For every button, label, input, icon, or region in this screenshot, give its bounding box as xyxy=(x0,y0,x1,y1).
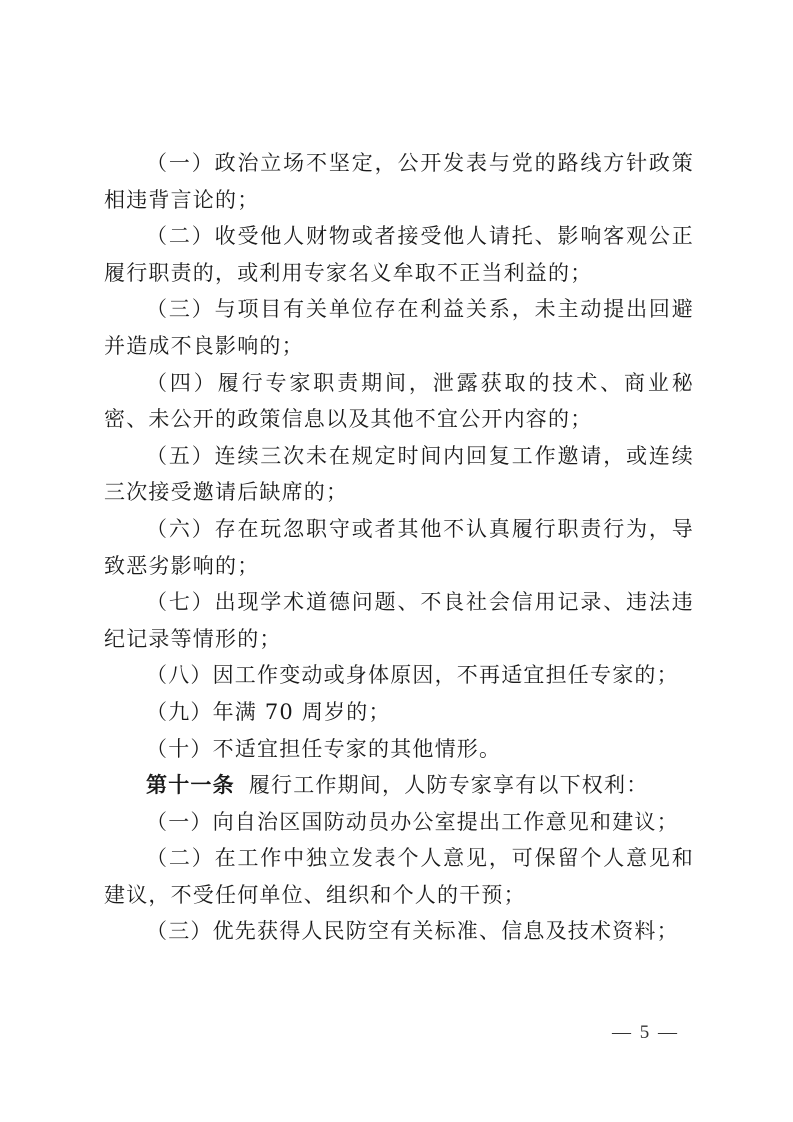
clause-item-10: （十）不适宜担任专家的其他情形。 xyxy=(104,731,694,768)
clause-item-2: （二）收受他人财物或者接受他人请托、影响客观公正履行职责的，或利用专家名义牟取不… xyxy=(104,218,694,291)
article-11: 第十一条履行工作期间，人防专家享有以下权利： xyxy=(104,767,694,804)
clause-item-8: （八）因工作变动或身体原因，不再适宜担任专家的； xyxy=(104,657,694,694)
right-item-1: （一）向自治区国防动员办公室提出工作意见和建议； xyxy=(104,804,694,841)
right-item-2: （二）在工作中独立发表个人意见，可保留个人意见和建议，不受任何单位、组织和个人的… xyxy=(104,840,694,913)
clause-item-6: （六）存在玩忽职守或者其他不认真履行职责行为，导致恶劣影响的； xyxy=(104,511,694,584)
article-text: 履行工作期间，人防专家享有以下权利： xyxy=(249,773,649,797)
clause-item-7: （七）出现学术道德问题、不良社会信用记录、违法违纪记录等情形的； xyxy=(104,584,694,657)
right-item-3: （三）优先获得人民防空有关标准、信息及技术资料； xyxy=(104,913,694,950)
article-label: 第十一条 xyxy=(146,773,235,797)
clause-item-9: （九）年满 70 周岁的； xyxy=(104,694,694,731)
clause-item-1: （一）政治立场不坚定，公开发表与党的路线方针政策相违背言论的； xyxy=(104,145,694,218)
clause-item-4: （四）履行专家职责期间，泄露获取的技术、商业秘密、未公开的政策信息以及其他不宜公… xyxy=(104,365,694,438)
page-number: — 5 — xyxy=(612,1022,679,1044)
clause-item-3: （三）与项目有关单位存在利益关系，未主动提出回避并造成不良影响的； xyxy=(104,291,694,364)
document-body: （一）政治立场不坚定，公开发表与党的路线方针政策相违背言论的； （二）收受他人财… xyxy=(104,145,694,950)
clause-item-5: （五）连续三次未在规定时间内回复工作邀请，或连续三次接受邀请后缺席的； xyxy=(104,438,694,511)
